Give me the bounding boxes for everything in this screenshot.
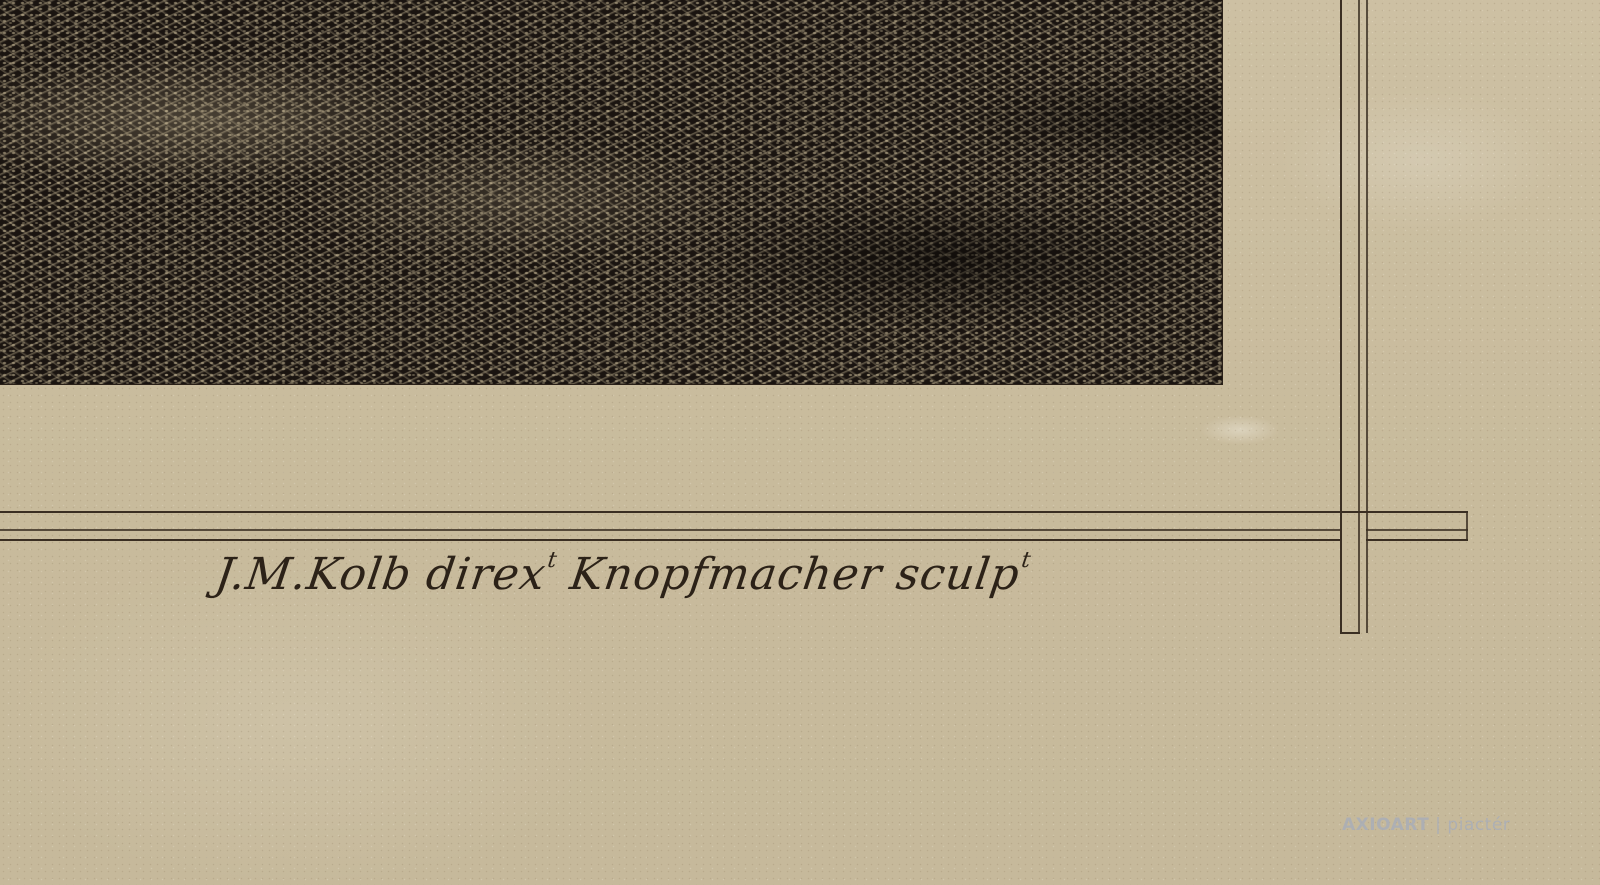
border-rule-vertical-foot — [1340, 632, 1360, 634]
inscription-director: J.M.Kolb — [212, 549, 415, 600]
border-rule-vertical-inner-1 — [1358, 0, 1360, 633]
watermark-subtitle: piactér — [1447, 815, 1510, 835]
watermark-brand: AXIOART — [1342, 815, 1429, 835]
border-rule-horizontal-mid-right — [1366, 529, 1468, 531]
border-rule-vertical-outer — [1340, 0, 1342, 633]
engraving-shading — [0, 0, 1222, 384]
inscription-engraver-role: sculp — [893, 549, 1023, 600]
inscription-director-role-sup: t — [546, 548, 559, 573]
engraved-image-plate — [0, 0, 1223, 385]
border-rule-horizontal-mid — [0, 529, 1340, 531]
border-rule-horizontal-bottom — [0, 539, 1340, 541]
watermark-separator: | — [1435, 815, 1441, 835]
inscription-director-role: direx — [423, 549, 549, 600]
inscription-engraver: Knopfmacher — [567, 549, 885, 600]
border-rule-horizontal-top — [0, 511, 1468, 513]
engraver-inscription: J.M.Kolb dirext Knopfmacher sculpt — [212, 548, 1033, 600]
border-rule-horizontal-end-cap — [1466, 511, 1468, 541]
watermark: AXIOART|piactér — [1342, 815, 1510, 835]
border-rule-horizontal-bottom-right — [1366, 539, 1468, 541]
